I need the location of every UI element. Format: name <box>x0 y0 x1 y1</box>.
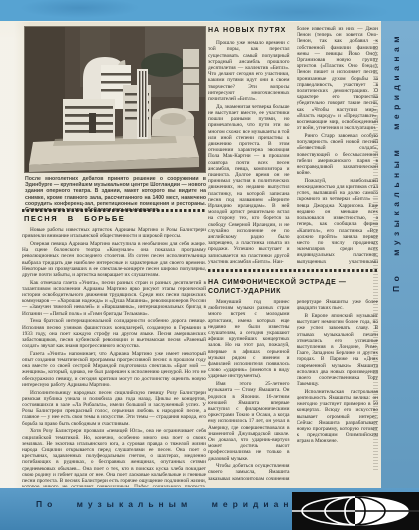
article-title-percussion-line1: НА СИМФОНИЧЕСКОЙ ЭСТРАДЕ — <box>208 278 378 287</box>
article-body-song-in-struggle: Новые работы известных артисток Адрианы … <box>22 227 206 487</box>
article-new-paths-col1: НА НОВЫХ ПУТЯХ Прошло уже немало времени… <box>208 26 290 264</box>
opera-theatre-model-photo <box>25 27 205 172</box>
article-percussion-col2: репертуаре Ямашиты уже более двадцати та… <box>297 299 379 480</box>
paragraph: Исполнительницу народных песен сицилийск… <box>22 390 206 427</box>
theatre-model-illustration <box>25 27 205 172</box>
paragraph: Газета «Унита» напоминает, что Адриана М… <box>22 351 206 388</box>
article-title-new-paths: НА НОВЫХ ПУТЯХ <box>208 28 290 34</box>
paragraph: Исполнительская гастрольная деятельность… <box>297 389 379 445</box>
paragraph: Прошло уже немало времени с той поры, ка… <box>208 40 290 102</box>
article-title-percussion-line2: СОЛИСТ-УДАРНИК <box>208 287 378 296</box>
musical-meridians-logo <box>292 492 419 530</box>
side-band-title: По музыкальным меридианам <box>391 30 401 292</box>
paragraph: Новые работы известных артисток Адрианы … <box>22 227 206 239</box>
paragraph: Хотя Розу Балистрери прозвали «певицей Ю… <box>22 428 206 487</box>
article-percussion-col1: Минувший год принес любителям музыки раз… <box>208 299 290 480</box>
photo-caption: После многолетних дебатов принято решени… <box>25 176 206 213</box>
adjacent-page-edge-top <box>0 0 419 22</box>
footer-title: По музыкальным меридианам <box>36 499 315 509</box>
article-new-paths: НА НОВЫХ ПУТЯХ Прошло уже немало времени… <box>208 26 378 264</box>
paragraph: Оперная певица Адриана Мартино выступила… <box>22 241 206 278</box>
paragraph: Ринго Старр завоевал особую популярность… <box>297 133 379 176</box>
paragraph: репертуаре Ямашиты уже более двадцати та… <box>297 299 379 311</box>
article-percussion: Минувший год принес любителям музыки раз… <box>208 299 378 480</box>
paragraph: В Европе японский музыкант выступает нем… <box>297 313 379 387</box>
section-divider <box>22 209 206 212</box>
paragraph: Минувший год принес любителям музыки раз… <box>208 299 290 380</box>
article-title-song-in-struggle: ПЕСНЯ В БОРЬБЕ <box>24 214 125 223</box>
paragraph: Тема братской интернациональной солидарн… <box>22 318 206 349</box>
paragraph: Да, знаменитая четверка больше не выступ… <box>208 104 290 264</box>
side-band: По музыкальным меридианам <box>381 21 419 489</box>
section-divider <box>208 269 378 272</box>
paragraph: Имя этого 25-летнего музыканта — Стому Я… <box>208 381 290 462</box>
footer-band: По музыкальным меридианам <box>0 488 419 530</box>
paragraph: Как отмечала газета «Унита», песни разны… <box>22 280 206 317</box>
globe-meridians-icon <box>292 492 419 530</box>
article-new-paths-col2: более известный из них — Джон Ленон (теп… <box>297 26 379 264</box>
magazine-page: По музыкальным меридианам <box>0 0 419 530</box>
paragraph: Чтобы добиться осуществления своего замы… <box>208 463 290 480</box>
right-column-block: НА НОВЫХ ПУТЯХ Прошло уже немало времени… <box>208 26 378 480</box>
paragraph: Пожалуй, наибольшей неожиданностью для к… <box>297 178 379 264</box>
paragraph: более известный из них — Джон Ленон (теп… <box>297 26 379 131</box>
